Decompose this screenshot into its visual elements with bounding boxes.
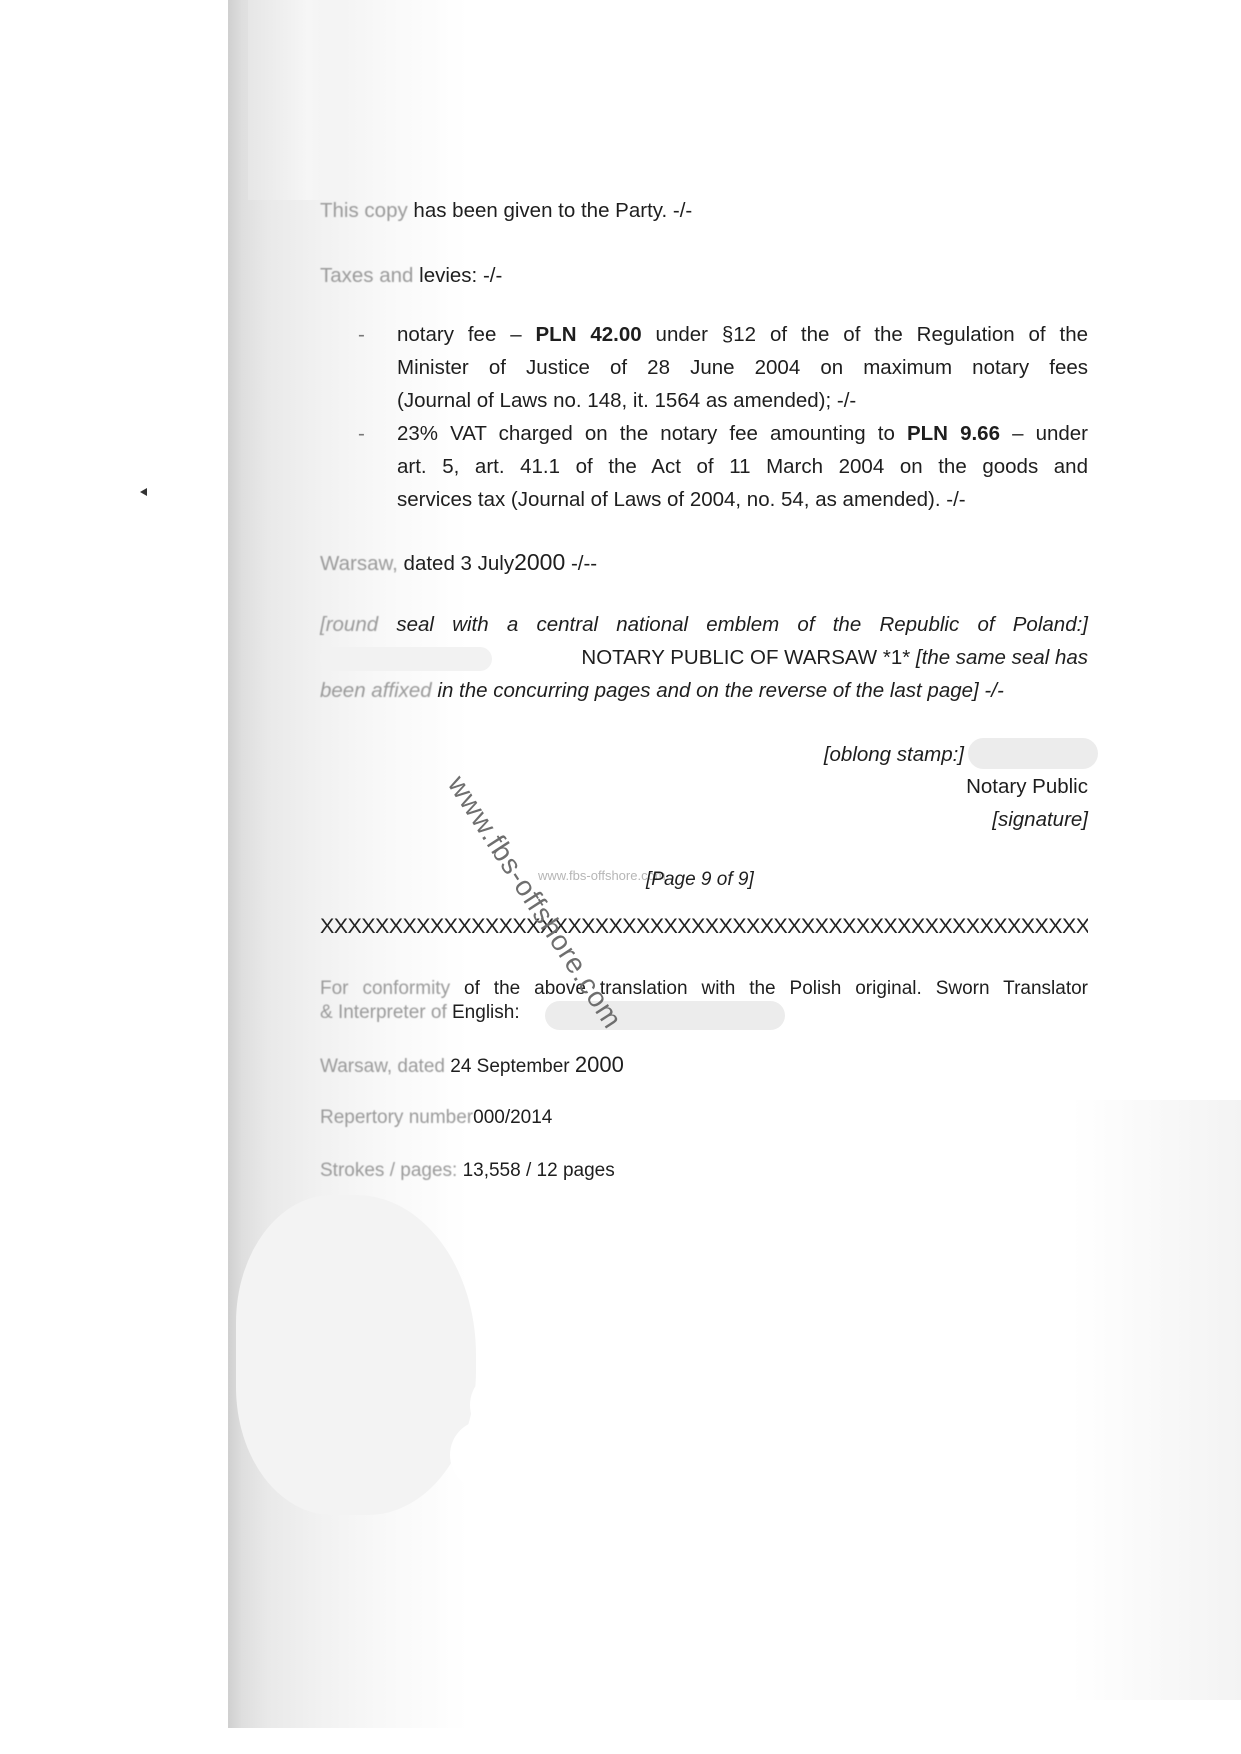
scan-arrow-mark xyxy=(140,488,147,496)
text: NOTARY PUBLIC OF WARSAW *1* xyxy=(581,646,916,669)
stamp-label: [oblong stamp:] xyxy=(700,743,964,767)
vat-item-line: 23% VAT charged on the notary fee amount… xyxy=(397,422,1088,446)
conformity-line-2: & Interpreter of English: xyxy=(320,1001,520,1025)
vat-item-line: services tax (Journal of Laws of 2004, n… xyxy=(397,488,966,512)
text: seal with a central national emblem of t… xyxy=(378,613,1088,636)
text: art. 5, art. 41.1 of the Act of 11 March… xyxy=(397,455,1088,478)
stamp-title: Notary Public xyxy=(800,775,1088,799)
stamp-signature: [signature] xyxy=(800,808,1088,832)
seal-line-1: [round seal with a central national embl… xyxy=(320,613,1088,637)
faded-text: been affixed xyxy=(320,679,432,702)
strokes-pages: Strokes / pages: 13,558 / 12 pages xyxy=(320,1159,615,1183)
redaction xyxy=(320,647,492,671)
faded-text: & Interpreter of xyxy=(320,1002,447,1023)
fee-item-line: Minister of Justice of 28 June 2004 on m… xyxy=(397,356,1088,380)
faded-text: For conformity xyxy=(320,978,450,999)
page-marker: [Page 9 of 9] xyxy=(646,868,754,892)
vat-item-line: art. 5, art. 41.1 of the Act of 11 March… xyxy=(397,455,1088,479)
text: [the same seal has xyxy=(916,646,1088,669)
fee-item-line: notary fee – PLN 42.00 under §12 of the … xyxy=(397,323,1088,347)
text: Minister of Justice of 28 June 2004 on m… xyxy=(397,356,1088,379)
scan-blob xyxy=(450,1420,520,1490)
text: services tax (Journal of Laws of 2004, n… xyxy=(397,488,966,511)
text: notary fee – xyxy=(397,323,536,346)
scan-shadow-right xyxy=(1071,1100,1241,1700)
text: (Journal of Laws no. 148, it. 1564 as am… xyxy=(397,389,856,412)
fee-amount: PLN 42.00 xyxy=(536,323,642,346)
taxes-heading-text: levies: -/- xyxy=(413,264,502,287)
repertory-number: Repertory number000/2014 xyxy=(320,1106,552,1130)
text: under §12 of the of the Regulation of th… xyxy=(642,323,1088,346)
seal-line-3: been affixed in the concurring pages and… xyxy=(320,679,1004,703)
year: 2000 xyxy=(575,1052,624,1077)
faded-text: This copy xyxy=(320,199,408,222)
text: 13,558 / 12 pages xyxy=(457,1160,614,1181)
dated-line: Warsaw, dated 3 July2000 -/-- xyxy=(320,550,597,576)
text: dated 3 July xyxy=(398,552,514,575)
text: of the above translation with the Polish… xyxy=(450,978,1088,999)
translator-redaction xyxy=(545,1001,785,1030)
text: in the concurring pages and on the rever… xyxy=(432,679,1004,702)
faded-text: [round xyxy=(320,613,378,636)
faded-text: Repertory number xyxy=(320,1107,473,1128)
text: 23% VAT charged on the notary fee amount… xyxy=(397,422,907,445)
taxes-heading: Taxes and levies: -/- xyxy=(320,264,502,288)
translation-date: Warsaw, dated 24 September 2000 xyxy=(320,1053,624,1079)
text: -/-- xyxy=(565,552,597,575)
separator-row: XXXXXXXXXXXXXXXXXXXXXXXXXXXXXXXXXXXXXXXX… xyxy=(320,914,1088,940)
faded-text: Taxes and xyxy=(320,264,413,287)
copy-note: This copy has been given to the Party. -… xyxy=(320,199,692,223)
text: 24 September xyxy=(445,1056,575,1077)
scan-blob xyxy=(520,1260,820,1460)
copy-note-text: has been given to the Party. -/- xyxy=(408,199,693,222)
faded-text: Warsaw, xyxy=(320,552,398,575)
stamp-redaction xyxy=(968,738,1098,769)
bullet-dash: - xyxy=(358,422,365,446)
scan-blob xyxy=(478,1240,538,1300)
faded-text: Warsaw, dated xyxy=(320,1056,445,1077)
conformity-line-1: For conformity of the above translation … xyxy=(320,977,1088,1001)
text: English: xyxy=(447,1002,520,1023)
faded-text: Strokes / pages: xyxy=(320,1160,457,1181)
text: 000/2014 xyxy=(473,1107,552,1128)
seal-line-2: NOTARY PUBLIC OF WARSAW *1* [the same se… xyxy=(497,646,1088,670)
year: 2000 xyxy=(514,549,565,575)
scan-blob xyxy=(236,1195,476,1515)
fee-item-line: (Journal of Laws no. 148, it. 1564 as am… xyxy=(397,389,856,413)
vat-amount: PLN 9.66 xyxy=(907,422,1000,445)
text: – under xyxy=(1000,422,1088,445)
bullet-dash: - xyxy=(358,323,365,347)
scan-shadow-top xyxy=(248,0,348,200)
